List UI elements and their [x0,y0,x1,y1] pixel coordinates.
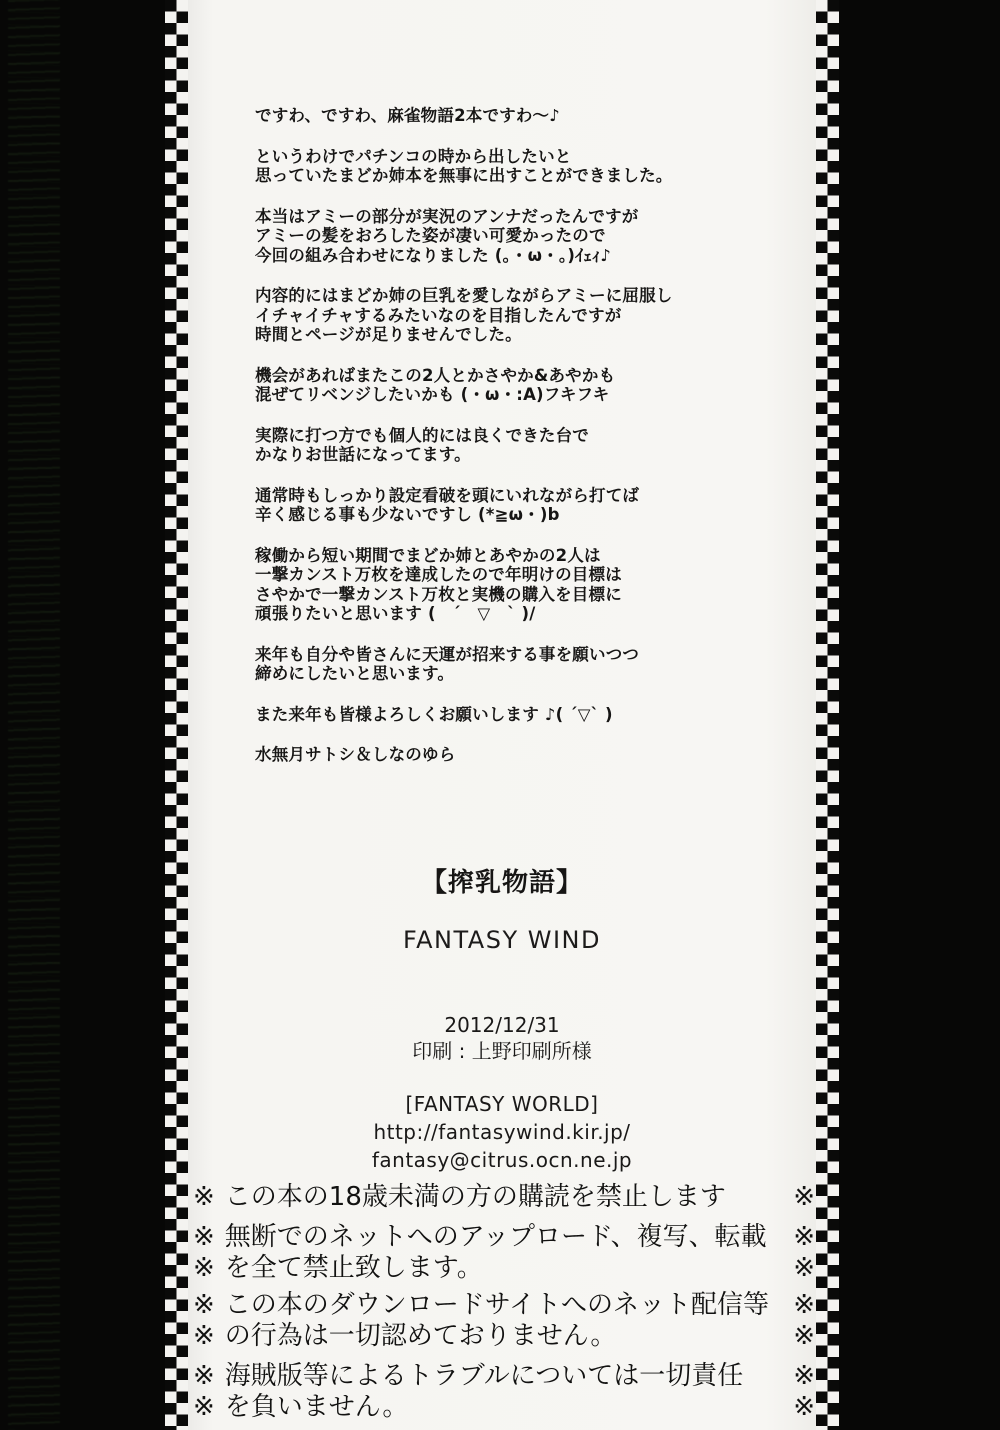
paragraph: 来年も自分や皆さんに天運が招来する事を願いつつ 締めにしたいと思います。 [255,645,802,684]
paragraph: また来年も皆様よろしくお願いします ♪( ´▽` ) [255,705,802,725]
colophon-contact-block: [FANTASY WORLD] http://fantasywind.kir.j… [188,1090,816,1174]
email-address: fantasy@citrus.ocn.ne.jp [188,1146,816,1174]
reference-mark-right: ※ [793,1392,815,1423]
reference-mark-right: ※ [793,1290,815,1321]
disclaimer-row: ※ の行為は一切認めておりません。 ※ [193,1321,815,1352]
reference-mark-right: ※ [793,1182,815,1213]
text-line: 思っていたまどか姉本を無事に出すことができました。 [255,166,802,186]
disclaimer-text: この本の18歳未満の方の購読を禁止します [225,1182,793,1213]
text-line: 機会があればまたこの2人とかさやか&あやかも [255,366,802,386]
disclaimer-row: ※ この本の18歳未満の方の購読を禁止します ※ [193,1182,815,1213]
reference-mark-left: ※ [193,1392,215,1423]
disclaimer-row: ※ を全て禁止致します。 ※ [193,1253,815,1284]
text-line: 本当はアミーの部分が実況のアンナだったんですが [255,207,802,227]
signature-line: 水無月サトシ＆しなのゆら [255,745,802,765]
paper-area: ですわ、ですわ、麻雀物語2本ですわ～♪ というわけでパチンコの時から出したいと … [188,0,816,1430]
text-line: 頑張りたいと思います ( ´ ▽ ` )/ [255,604,802,624]
text-line: 内容的にはまどか姉の巨乳を愛しながらアミーに屈服し [255,286,802,306]
reference-mark-right: ※ [793,1361,815,1392]
reference-mark-right: ※ [793,1222,815,1253]
paragraph: というわけでパチンコの時から出したいと 思っていたまどか姉本を無事に出すことがで… [255,147,802,186]
disclaimer-row: ※ を負いません。 ※ [193,1392,815,1423]
text-line: 締めにしたいと思います。 [255,664,802,684]
paragraph: 本当はアミーの部分が実況のアンナだったんですが アミーの髪をおろした姿が凄い可愛… [255,207,802,266]
disclaimer-row: ※ 海賊版等によるトラブルについては一切責任 ※ [193,1361,815,1392]
circle-name: FANTASY WIND [188,926,816,954]
disclaimer-row: ※ 無断でのネットへのアップロード、複写、転載 ※ [193,1222,815,1253]
text-line: 時間とページが足りませんでした。 [255,325,802,345]
text-line: 一撃カンスト万枚を達成したので年明けの目標は [255,565,802,585]
reference-mark-left: ※ [193,1253,215,1284]
paragraph: 通常時もしっかり設定看破を頭にいれながら打てば 辛く感じる事も少ないですし (*… [255,486,802,525]
checkerboard-border-left [165,0,188,1430]
text-line: かなりお世話になってます。 [255,445,802,465]
text-line: さやかで一撃カンスト万枚と実機の購入を目標に [255,585,802,605]
website-url: http://fantasywind.kir.jp/ [188,1118,816,1146]
paragraph: 稼働から短い期間でまどか姉とあやかの2人は 一撃カンスト万枚を達成したので年明け… [255,546,802,624]
reference-mark-left: ※ [193,1182,215,1213]
disclaimer-text: 海賊版等によるトラブルについては一切責任 [225,1361,793,1392]
text-line: イチャイチャするみたいなのを目指したんですが [255,306,802,326]
scan-noise-artifact [8,0,60,1430]
disclaimer: ※ この本の18歳未満の方の購読を禁止します ※ ※ 無断でのネットへのアップロ… [193,1182,815,1423]
text-line: 稼働から短い期間でまどか姉とあやかの2人は [255,546,802,566]
text-line: というわけでパチンコの時から出したいと [255,147,802,167]
reference-mark-right: ※ [793,1253,815,1284]
colophon-date-block: 2012/12/31 印刷 : 上野印刷所様 [188,1012,816,1064]
book-title: 【搾乳物語】 [188,862,816,899]
text-line: 水無月サトシ＆しなのゆら [255,745,802,765]
paragraph: 機会があればまたこの2人とかさやか&あやかも 混ぜてリベンジしたいかも (・ω・… [255,366,802,405]
afterword-text: ですわ、ですわ、麻雀物語2本ですわ～♪ というわけでパチンコの時から出したいと … [255,106,802,786]
printer-credit: 印刷 : 上野印刷所様 [188,1038,816,1064]
paragraph: 内容的にはまどか姉の巨乳を愛しながらアミーに屈服し イチャイチャするみたいなのを… [255,286,802,345]
paragraph: ですわ、ですわ、麻雀物語2本ですわ～♪ [255,106,802,126]
disclaimer-text: を負いません。 [225,1392,793,1423]
disclaimer-row: ※ この本のダウンロードサイトへのネット配信等 ※ [193,1290,815,1321]
reference-mark-left: ※ [193,1361,215,1392]
circle-label: [FANTASY WORLD] [188,1090,816,1118]
text-line: ですわ、ですわ、麻雀物語2本ですわ～♪ [255,106,802,126]
text-line: 通常時もしっかり設定看破を頭にいれながら打てば [255,486,802,506]
checkerboard-border-right [816,0,839,1430]
disclaimer-text: の行為は一切認めておりません。 [225,1321,793,1352]
scanned-page: ですわ、ですわ、麻雀物語2本ですわ～♪ というわけでパチンコの時から出したいと … [0,0,1000,1430]
paragraph: 実際に打つ方でも個人的には良くできた台で かなりお世話になってます。 [255,426,802,465]
reference-mark-right: ※ [793,1321,815,1352]
text-line: 来年も自分や皆さんに天運が招来する事を願いつつ [255,645,802,665]
text-line: アミーの髪をおろした姿が凄い可愛かったので [255,226,802,246]
reference-mark-left: ※ [193,1290,215,1321]
reference-mark-left: ※ [193,1321,215,1352]
disclaimer-text: を全て禁止致します。 [225,1253,793,1284]
text-line: 今回の組み合わせになりました (。・ω・。)ｲｪｨ♪ [255,246,802,266]
reference-mark-left: ※ [193,1222,215,1253]
text-line: また来年も皆様よろしくお願いします ♪( ´▽` ) [255,705,802,725]
disclaimer-text: この本のダウンロードサイトへのネット配信等 [225,1290,793,1321]
disclaimer-text: 無断でのネットへのアップロード、複写、転載 [225,1222,793,1253]
text-line: 実際に打つ方でも個人的には良くできた台で [255,426,802,446]
publish-date: 2012/12/31 [188,1012,816,1038]
text-line: 混ぜてリベンジしたいかも (・ω・:A)フキフキ [255,385,802,405]
text-line: 辛く感じる事も少ないですし (*≧ω・)b [255,505,802,525]
